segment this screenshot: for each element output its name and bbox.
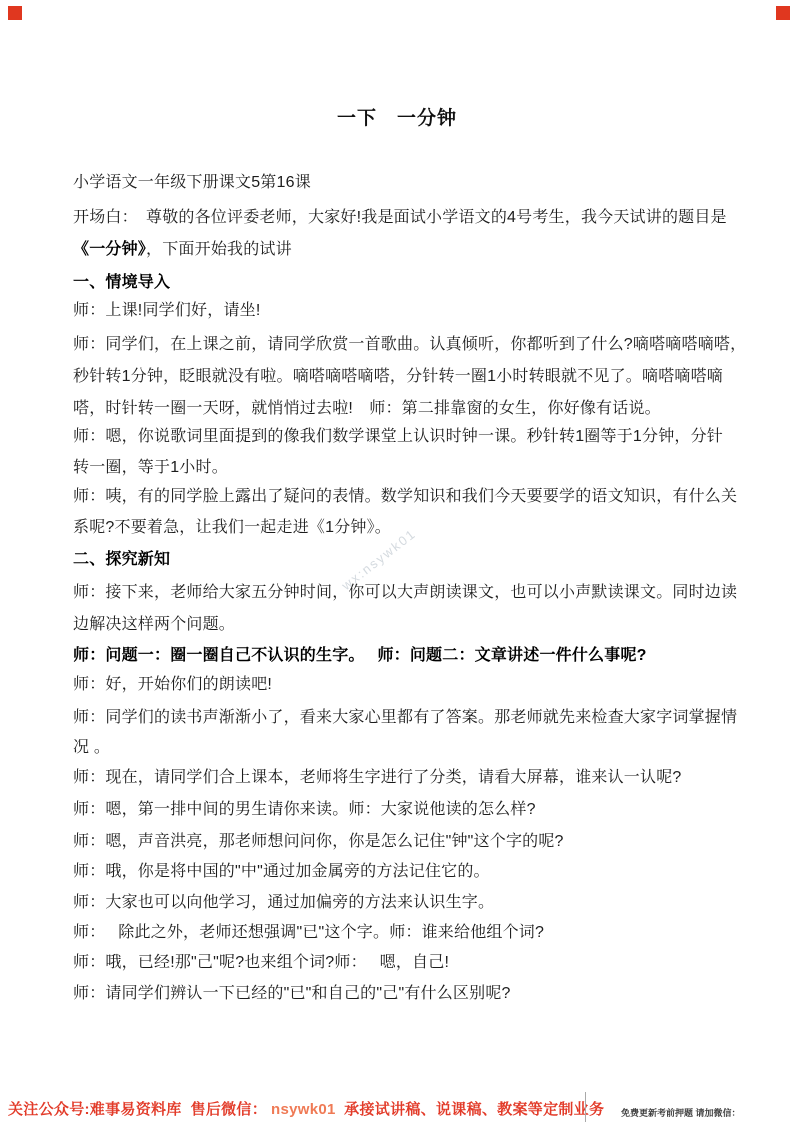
promo-text: 关注公众号:难事易资料库 售后微信：nsywk01 承接试讲稿、说课稿、教案等定… bbox=[8, 1098, 604, 1119]
text-segment: 秒针转1分钟，眨眼就没有啦。嘀嗒嘀嗒嘀嗒，分针转一圈1小时转眼就不见了。嘀嗒嘀嗒… bbox=[73, 368, 723, 385]
text-segment: 系呢?不要着急，让我们一起走进《1分钟》。 bbox=[73, 519, 391, 536]
text-line: 师：咦，有的同学脸上露出了疑问的表情。数学知识和我们今天要要学的语文知识，有什么… bbox=[73, 485, 733, 509]
text-line: 师：大家也可以向他学习，通过加偏旁的方法来认识生字。 bbox=[73, 891, 733, 915]
text-segment: 师：现在，请同学们合上课本，老师将生字进行了分类，请看大屏幕，谁来认一认呢? bbox=[73, 769, 682, 786]
text-segment: 师：咦，有的同学脸上露出了疑问的表情。数学知识和我们今天要要学的语文知识，有什么… bbox=[73, 488, 737, 505]
text-line: 师：同学们的读书声渐渐小了，看来大家心里都有了答案。那老师就先来检查大家字词掌握… bbox=[73, 706, 733, 730]
text-segment: 嗒，时针转一圈一天呀，就悄悄过去啦! 师：第二排靠窗的女生，你好像有话说。 bbox=[73, 400, 661, 417]
text-segment: 师： 除此之外，老师还想强调"已"这个字。师：谁来给他组个词? bbox=[73, 924, 544, 941]
text-segment: 师：嗯，声音洪亮，那老师想问问你，你是怎么记住"钟"这个字的呢? bbox=[73, 833, 564, 850]
text-line: 《一分钟》，下面开始我的试讲 bbox=[73, 238, 733, 262]
text-line: 况 。 bbox=[73, 736, 733, 760]
promo-left: 关注公众号:难事易资料库 售后微信： bbox=[8, 1101, 267, 1118]
text-line: 师：请同学们辨认一下已经的"已"和自己的"己"有什么区别呢? bbox=[73, 982, 733, 1006]
text-line: 小学语文一年级下册课文5第16课 bbox=[73, 171, 733, 195]
text-line: 二、探究新知 bbox=[73, 548, 733, 572]
text-segment: 师：哦，已经!那"己"呢?也来组个词?师： 嗯，自己! bbox=[73, 954, 449, 971]
text-segment: 师：好，开始你们的朗读吧! bbox=[73, 676, 272, 693]
text-line: 开场白： 尊敬的各位评委老师，大家好!我是面试小学语文的4号考生，我今天试讲的题… bbox=[73, 206, 733, 230]
text-segment: 师：请同学们辨认一下已经的"已"和自己的"己"有什么区别呢? bbox=[73, 985, 511, 1002]
text-line: 师： 除此之外，老师还想强调"已"这个字。师：谁来给他组个词? bbox=[73, 921, 733, 945]
promo-right: 承接试讲稿、说课稿、教案等定制业务 bbox=[340, 1101, 605, 1118]
document-page: 一下 一分钟 wx:nsywk01 小学语文一年级下册课文5第16课开场白： 尊… bbox=[0, 0, 794, 1122]
text-segment: 师：同学们，在上课之前，请同学欣赏一首歌曲。认真倾听，你都听到了什么?嘀嗒嘀嗒嘀… bbox=[73, 336, 746, 353]
text-line: 嗒，时针转一圈一天呀，就悄悄过去啦! 师：第二排靠窗的女生，你好像有话说。 bbox=[73, 397, 733, 421]
text-line: 边解决这样两个问题。 bbox=[73, 613, 733, 637]
bold-text-segment: 师：问题一：圈一圈自己不认识的生字。 师：问题二：文章讲述一件什么事呢? bbox=[73, 647, 647, 664]
text-line: 师：嗯，第一排中间的男生请你来读。师：大家说他读的怎么样? bbox=[73, 798, 733, 822]
text-segment: 况 。 bbox=[73, 739, 110, 756]
text-line: 秒针转1分钟，眨眼就没有啦。嘀嗒嘀嗒嘀嗒，分针转一圈1小时转眼就不见了。嘀嗒嘀嗒… bbox=[73, 365, 733, 389]
wechat-id: nsywk01 bbox=[267, 1101, 340, 1118]
text-line: 师：嗯，声音洪亮，那老师想问问你，你是怎么记住"钟"这个字的呢? bbox=[73, 830, 733, 854]
text-segment: 师：大家也可以向他学习，通过加偏旁的方法来认识生字。 bbox=[73, 894, 494, 911]
text-line: 师：问题一：圈一圈自己不认识的生字。 师：问题二：文章讲述一件什么事呢? bbox=[73, 644, 733, 668]
text-segment: 师：同学们的读书声渐渐小了，看来大家心里都有了答案。那老师就先来检查大家字词掌握… bbox=[73, 709, 737, 726]
text-line: 一、情境导入 bbox=[73, 271, 733, 295]
text-line: 师：嗯，你说歌词里面提到的像我们数学课堂上认识时钟一课。秒针转1圈等于1分钟，分… bbox=[73, 425, 733, 449]
text-segment: 师：嗯，你说歌词里面提到的像我们数学课堂上认识时钟一课。秒针转1圈等于1分钟，分… bbox=[73, 428, 723, 445]
text-segment: 边解决这样两个问题。 bbox=[73, 616, 235, 633]
text-segment: 小学语文一年级下册课文5第16课 bbox=[73, 174, 311, 191]
text-line: 师：哦，已经!那"己"呢?也来组个词?师： 嗯，自己! bbox=[73, 951, 733, 975]
text-line: 师：上课!同学们好，请坐! bbox=[73, 299, 733, 323]
document-body: 小学语文一年级下册课文5第16课开场白： 尊敬的各位评委老师，大家好!我是面试小… bbox=[0, 0, 794, 1122]
page-footer: 关注公众号:难事易资料库 售后微信：nsywk01 承接试讲稿、说课稿、教案等定… bbox=[0, 1086, 794, 1122]
text-line: 师：接下来，老师给大家五分钟时间，你可以大声朗读课文，也可以小声默读课文。同时边… bbox=[73, 581, 733, 605]
text-segment: 转一圈，等于1小时。 bbox=[73, 459, 228, 476]
bold-text-segment: 一、情境导入 bbox=[73, 274, 170, 291]
text-line: 转一圈，等于1小时。 bbox=[73, 456, 733, 480]
bold-text-segment: 《一分钟》 bbox=[73, 241, 146, 258]
text-segment: 师：接下来，老师给大家五分钟时间，你可以大声朗读课文，也可以小声默读课文。同时边… bbox=[73, 584, 737, 601]
text-segment: 师：上课!同学们好，请坐! bbox=[73, 302, 261, 319]
text-segment: ，下面开始我的试讲 bbox=[146, 241, 292, 258]
text-segment: 师：哦，你是将中国的"中"通过加金属旁的方法记住它的。 bbox=[73, 863, 490, 880]
text-segment: 开场白： 尊敬的各位评委老师，大家好!我是面试小学语文的4号考生，我今天试讲的题… bbox=[73, 209, 727, 226]
footer-divider bbox=[585, 1092, 586, 1122]
bold-text-segment: 二、探究新知 bbox=[73, 551, 170, 568]
text-line: 师：哦，你是将中国的"中"通过加金属旁的方法记住它的。 bbox=[73, 860, 733, 884]
text-segment: 师：嗯，第一排中间的男生请你来读。师：大家说他读的怎么样? bbox=[73, 801, 536, 818]
text-line: 系呢?不要着急，让我们一起走进《1分钟》。 bbox=[73, 516, 733, 540]
footer-note: 免费更新考前押题 请加微信： bbox=[621, 1106, 741, 1119]
text-line: 师：现在，请同学们合上课本，老师将生字进行了分类，请看大屏幕，谁来认一认呢? bbox=[73, 766, 733, 790]
text-line: 师：好，开始你们的朗读吧! bbox=[73, 673, 733, 697]
text-line: 师：同学们，在上课之前，请同学欣赏一首歌曲。认真倾听，你都听到了什么?嘀嗒嘀嗒嘀… bbox=[73, 333, 733, 357]
